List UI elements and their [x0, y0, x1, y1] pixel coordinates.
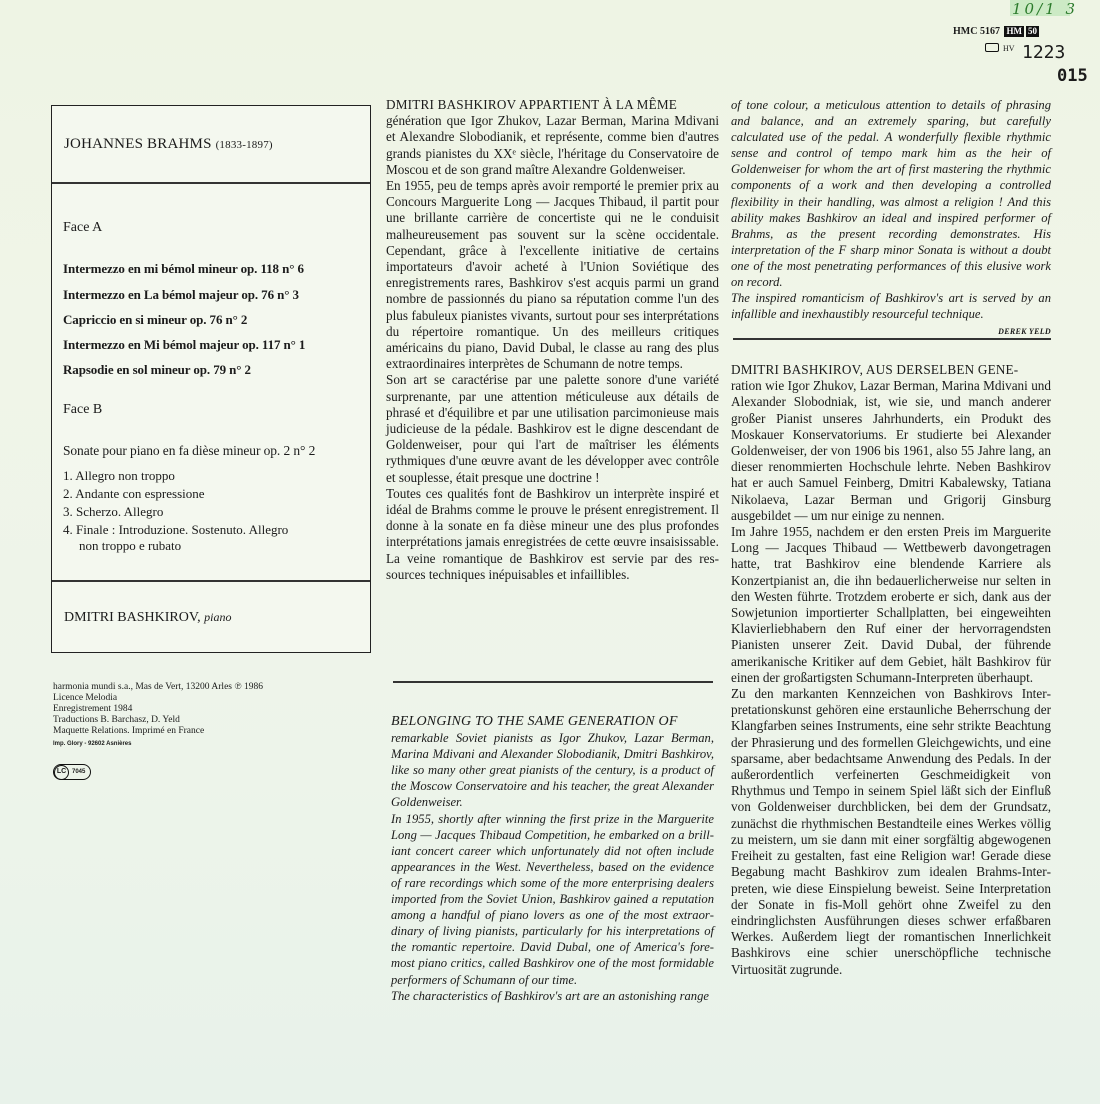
hm-badge: HM [1004, 26, 1024, 37]
paragraph: ration wie Igor Zhukov, Lazar Berman, Ma… [731, 378, 1051, 524]
cassette-icon [985, 42, 1002, 53]
composer-title: JOHANNES BRAHMS (1833-1897) [64, 136, 273, 153]
paragraph: Toutes ces qualités font de Bashkirov un… [386, 486, 719, 551]
tracklist-box: JOHANNES BRAHMS (1833-1897) Face A Inter… [51, 105, 371, 653]
movement-item-continued: non troppo e rubato [79, 538, 181, 554]
track-item: Intermezzo en mi bémol mineur op. 118 n°… [63, 261, 304, 277]
liner-notes-german: Dmitri Bashkirov, aus derselben Gene- ra… [731, 362, 1051, 978]
face-a-label: Face A [63, 220, 102, 236]
credit-line: harmonia mundi s.a., Mas de Vert, 13200 … [53, 682, 263, 693]
cassette-number: 1223 [1022, 42, 1065, 63]
lc-logo-icon: LC 7045 [53, 764, 91, 780]
paragraph: En 1955, peu de temps après avoir rempor… [386, 178, 719, 372]
sonata-title: Sonate pour piano en fa dièse mineur op.… [63, 443, 315, 459]
movement-item: 1. Allegro non troppo [63, 468, 175, 484]
cassette-prefix: HV [1003, 44, 1015, 53]
credit-line: Enregistrement 1984 [53, 704, 263, 715]
fifty-badge: 50 [1026, 26, 1039, 37]
divider [733, 338, 1051, 340]
composer-dates: (1833-1897) [216, 139, 273, 151]
instrument: piano [204, 610, 231, 624]
paragraph: In 1955, shortly after winning the first… [391, 811, 714, 988]
liner-notes-english: Belonging to the same generation of rema… [391, 714, 714, 1004]
paragraph: génération que Igor Zhukov, Lazar Berman… [386, 113, 719, 178]
paragraph: Im Jahre 1955, nachdem er den ersten Pre… [731, 524, 1051, 686]
divider [52, 182, 370, 184]
movement-item: 2. Andante con espressione [63, 486, 205, 502]
performer-credit: DMITRI BASHKIROV, piano [64, 610, 232, 626]
handwritten-note: 10/1 3 [1012, 0, 1078, 18]
paragraph: remarkable Soviet pianists as Igor Zhuko… [391, 730, 714, 810]
paragraph: The characteristics of Bashkirov's art a… [391, 988, 714, 1004]
divider [393, 681, 713, 683]
printer-line: Imp. Glory - 92602 Asnières [53, 739, 263, 750]
credits-block: harmonia mundi s.a., Mas de Vert, 13200 … [53, 682, 263, 780]
track-item: Intermezzo en La bémol majeur op. 76 n° … [63, 287, 299, 303]
credit-line: Maquette Relations. Imprimé en France [53, 726, 263, 737]
track-item: Intermezzo en Mi bémol majeur op. 117 n°… [63, 337, 305, 353]
movement-item: 3. Scherzo. Allegro [63, 504, 163, 520]
credit-line: Traductions B. Barchasz, D. Yeld [53, 715, 263, 726]
credit-line: Licence Melodia [53, 693, 263, 704]
paragraph: of tone colour, a meticulous attention t… [731, 97, 1051, 290]
movement-item: 4. Finale : Introduzione. Sostenuto. All… [63, 522, 288, 538]
paragraph: La veine romantique de Bashkirov est ser… [386, 551, 719, 583]
track-item: Rapsodie en sol mineur op. 79 n° 2 [63, 362, 251, 378]
paragraph: Son art se caractérise par une palette s… [386, 372, 719, 485]
paragraph: Zu den markanten Kennzeichen von Bashkir… [731, 686, 1051, 978]
catalog-number: HMC 5167 HM50 [953, 26, 1039, 37]
face-b-label: Face B [63, 402, 102, 418]
paragraph: The inspired romanticism of Bashkirov's … [731, 290, 1051, 322]
divider [52, 580, 370, 582]
track-item: Capriccio en si mineur op. 76 n° 2 [63, 312, 247, 328]
notes-heading: Dmitri Bashkirov, aus derselben Gene- [731, 362, 1051, 378]
liner-notes-english-continued: of tone colour, a meticulous attention t… [731, 97, 1051, 340]
notes-heading: Belonging to the same generation of [391, 714, 714, 730]
liner-notes-french: Dmitri Bashkirov appartient à la même gé… [386, 97, 719, 583]
notes-heading: Dmitri Bashkirov appartient à la même [386, 97, 719, 113]
stamp-number: 015 [1057, 66, 1088, 86]
